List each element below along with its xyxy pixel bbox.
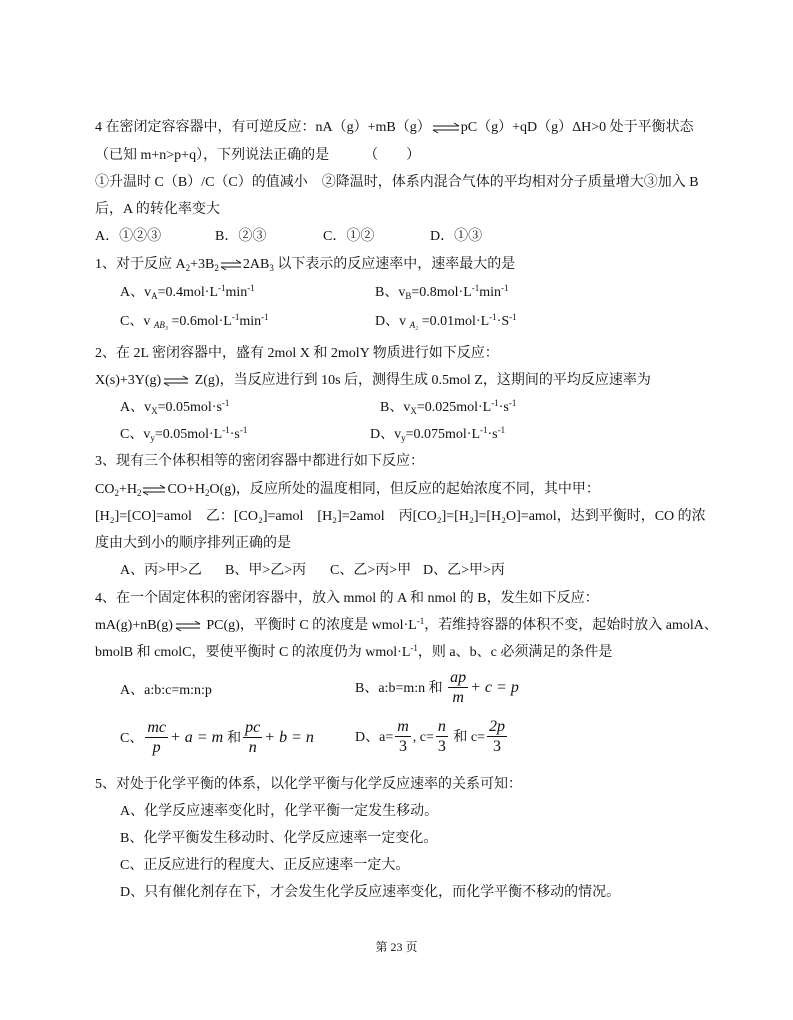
q4-option-a[interactable]: A、a:b:c=m:n:p [120, 682, 212, 700]
numerator: m [395, 718, 411, 737]
fraction: 2p3 [487, 718, 507, 757]
opt-text: B、v [375, 285, 405, 300]
fraction: n3 [436, 718, 448, 757]
numerator: mc [145, 719, 168, 738]
q3-text: CO [95, 482, 114, 497]
math-text: + c = p [470, 679, 519, 696]
q3-text: +H [119, 482, 137, 497]
q3-stem-4: 度由大到小的顺序排列正确的是 [95, 535, 291, 553]
superscript: -1 [501, 283, 509, 293]
denominator: 3 [493, 737, 501, 757]
opt-text: =0.6mol·L [168, 314, 232, 329]
denominator: n [249, 738, 257, 758]
q4-text: PC(g)，平衡时 C 的浓度是 wmol·L [203, 618, 417, 633]
denominator: m [452, 688, 464, 708]
option-d[interactable]: D．①③ [430, 228, 482, 246]
superscript: -1 [222, 398, 230, 408]
opt-text: B、v [380, 400, 410, 415]
opt-text: 和 [227, 731, 241, 746]
intro-line-3: ①升温时 C（B）/C（C）的值减小 ②降温时，体系内混合气体的平均相对分子质量… [95, 174, 699, 192]
q5-stem: 5、对处于化学平衡的体系，以化学平衡与化学反应速率的关系可知： [95, 776, 522, 794]
superscript: -1 [509, 398, 517, 408]
superscript: -1 [489, 312, 497, 322]
opt-text: =0.075mol·L [406, 427, 480, 442]
opt-text: min [226, 285, 248, 300]
opt-text: D、v [370, 427, 401, 442]
q1-stem: 1、对于反应 A2+3B22AB3 以下表示的反应速率中，速率最大的是 [95, 256, 515, 274]
opt-text: B、a:b=m:n 和 [355, 681, 446, 696]
option-d[interactable]: D、乙>甲>丙 [423, 562, 505, 580]
equilibrium-arrow-icon [142, 484, 166, 496]
numerator: n [436, 718, 448, 737]
opt-text: ·s [230, 427, 240, 442]
q2-stem-1: 2、在 2L 密闭容器中，盛有 2mol X 和 2molY 物质进行如下反应： [95, 345, 499, 363]
denominator: p [153, 738, 161, 758]
q4-stem-3: bmolB 和 cmolC，要使平衡时 C 的浓度仍为 wmol·L-1，则 a… [95, 644, 612, 662]
option-c[interactable]: C、乙>丙>甲 [330, 562, 411, 580]
q2-text: Z(g)，当反应进行到 10s 后，测得生成 0.5mol Z，这期间的平均反应… [191, 373, 651, 388]
fraction: pcn [243, 719, 262, 758]
q5-option-d[interactable]: D、只有催化剂存在下，才会发生化学反应速率变化，而化学平衡不移动的情况。 [120, 884, 620, 902]
q5-option-b[interactable]: B、化学平衡发生移动时、化学反应速率一定变化。 [120, 830, 437, 848]
opt-text: ·s [488, 427, 498, 442]
subscript: AB₃ [154, 320, 168, 330]
option-a[interactable]: A．①②③ [95, 228, 161, 246]
q1-option-d[interactable]: D、v A₂ =0.01mol·L-1·S-1 [375, 313, 517, 331]
q3-text: CO+H [167, 482, 204, 497]
q4-stem-2: mA(g)+nB(g) PC(g)，平衡时 C 的浓度是 wmol·L-1，若维… [95, 617, 718, 635]
q4-option-d[interactable]: D、a=m3, c=n3 和 c=2p3 [355, 718, 509, 758]
q2-option-a[interactable]: A、vX=0.05mol·s-1 [120, 399, 229, 417]
opt-text: =0.4mol·L [158, 285, 218, 300]
q5-option-a[interactable]: A、化学反应速率变化时，化学平衡一定发生移动。 [120, 803, 438, 821]
denominator: 3 [438, 737, 446, 757]
option-a[interactable]: A、丙>甲>乙 [120, 562, 202, 580]
intro-text: pC（g）+qD（g）ΔH>0 处于平衡状态 [461, 120, 694, 135]
q1-option-a[interactable]: A、vA=0.4mol·L-1min-1 [120, 284, 255, 302]
fraction: mcp [145, 719, 168, 758]
math-text: + b = n [264, 729, 314, 746]
q1-text: 1、对于反应 A [95, 257, 186, 272]
option-b[interactable]: B、甲>乙>丙 [225, 562, 306, 580]
q2-option-b[interactable]: B、vX=0.025mol·L-1·s-1 [380, 399, 516, 417]
q2-stem-2: X(s)+3Y(g) Z(g)，当反应进行到 10s 后，测得生成 0.5mol… [95, 372, 651, 390]
superscript: -1 [218, 283, 226, 293]
q1-option-c[interactable]: C、v AB₃ =0.6mol·L-1min-1 [120, 313, 269, 331]
opt-text: C、v [120, 427, 150, 442]
equilibrium-arrow-icon [432, 122, 460, 134]
superscript: -1 [261, 312, 269, 322]
numerator: 2p [487, 718, 507, 737]
opt-text: A、v [120, 400, 151, 415]
opt-text: =0.8mol·L [411, 285, 471, 300]
opt-text: ·S [497, 314, 509, 329]
q4-text: ，则 a、b、c 必须满足的条件是 [418, 645, 612, 660]
q4-text: ，若维持容器的体积不变，起始时放入 amolA、 [424, 618, 718, 633]
opt-text: =0.01mol·L [418, 314, 489, 329]
opt-text: D、a= [355, 730, 393, 745]
q3-text: O(g)，反应所处的温度相同，但反应的起始浓度不同，其中甲： [209, 482, 599, 497]
superscript: -1 [509, 312, 517, 322]
q3-stem-2: CO2+H2CO+H2O(g)，反应所处的温度相同，但反应的起始浓度不同，其中甲… [95, 481, 600, 499]
math-text: + a = m [170, 729, 227, 746]
opt-text: =0.025mol·L [417, 400, 491, 415]
superscript: -1 [491, 398, 499, 408]
q1-option-b[interactable]: B、vB=0.8mol·L-1min-1 [375, 284, 509, 302]
intro-text: 4 在密闭定容容器中，有可逆反应：nA（g）+mB（g） [95, 120, 431, 135]
intro-line-2: （已知 m+n>p+q），下列说法正确的是 （ ） [95, 147, 420, 165]
equilibrium-arrow-icon [174, 620, 202, 632]
q1-text: +3B [190, 257, 214, 272]
opt-text: min [479, 285, 501, 300]
opt-text: =0.05mol·L [155, 427, 222, 442]
superscript: -1 [222, 425, 230, 435]
superscript: -1 [240, 425, 248, 435]
q3-stem-1: 3、现有三个体积相等的密闭容器中都进行如下反应： [95, 453, 424, 471]
opt-text: =0.05mol·s [158, 400, 222, 415]
opt-text: A、v [120, 285, 151, 300]
q2-option-c[interactable]: C、vy=0.05mol·L-1·s-1 [120, 426, 247, 444]
opt-text: , c= [413, 730, 434, 745]
intro-line-1: 4 在密闭定容容器中，有可逆反应：nA（g）+mB（g）pC（g）+qD（g）Δ… [95, 119, 694, 137]
q4-stem-1: 4、在一个固定体积的密闭容器中，放入 mmol 的 A 和 nmol 的 B，发… [95, 590, 599, 608]
superscript: -1 [410, 643, 418, 653]
superscript: -1 [480, 425, 488, 435]
q2-text: X(s)+3Y(g) [95, 373, 161, 388]
opt-text: min [239, 314, 261, 329]
q1-text: 2AB [243, 257, 269, 272]
subscript: A₂ [410, 320, 419, 330]
opt-text: ·s [499, 400, 509, 415]
opt-text: C、 [120, 731, 143, 746]
q3-stem-3: [H₂]=[CO]=amol 乙：[CO₂]=amol [H₂]=2amol 丙… [95, 508, 706, 526]
q4-option-b[interactable]: B、a:b=m:n 和 apm+ c = p [355, 668, 519, 709]
q1-text: 以下表示的反应速率中，速率最大的是 [274, 257, 516, 272]
q4-text: bmolB 和 cmolC，要使平衡时 C 的浓度仍为 wmol·L [95, 645, 410, 660]
q2-option-d[interactable]: D、vy=0.075mol·L-1·s-1 [370, 426, 505, 444]
equilibrium-arrow-icon [162, 375, 190, 387]
fraction: apm [448, 669, 468, 708]
q4-text: mA(g)+nB(g) [95, 618, 173, 633]
opt-text: 和 c= [450, 730, 485, 745]
option-b[interactable]: B．②③ [215, 228, 266, 246]
opt-text: C、v [120, 314, 154, 329]
page-number: 第 23 页 [0, 938, 793, 955]
fraction: m3 [395, 718, 411, 757]
superscript: -1 [247, 283, 255, 293]
subscript: 2 [137, 488, 142, 498]
numerator: pc [243, 719, 262, 738]
equilibrium-arrow-icon [220, 259, 242, 271]
option-c[interactable]: C．①② [323, 228, 374, 246]
opt-text: D、v [375, 314, 410, 329]
q4-option-c[interactable]: C、mcp+ a = m 和pcn+ b = n [120, 718, 314, 759]
intro-line-4: 后，A 的转化率变大 [95, 201, 220, 219]
superscript: -1 [498, 425, 506, 435]
subscript: 2 [214, 263, 219, 273]
denominator: 3 [399, 737, 407, 757]
numerator: ap [448, 669, 468, 688]
q5-option-c[interactable]: C、正反应进行的程度大、正反应速率一定大。 [120, 857, 409, 875]
